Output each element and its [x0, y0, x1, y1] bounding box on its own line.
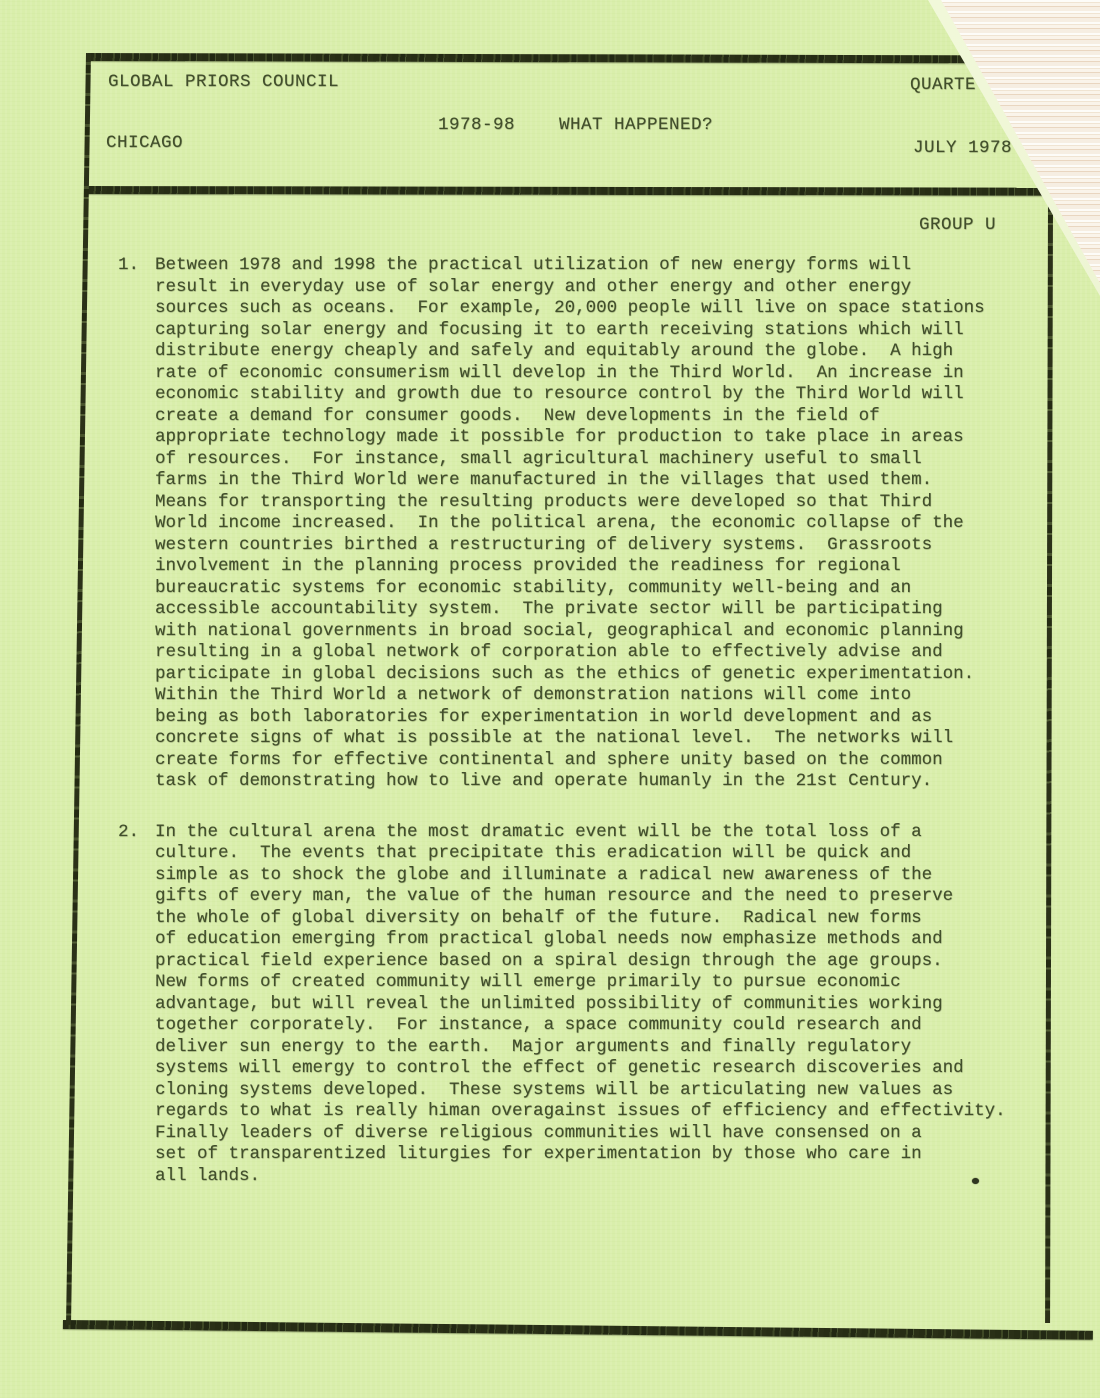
- paragraph-2-number: 2.: [118, 822, 155, 844]
- paragraph-2: 2. In the cultural arena the most dramat…: [118, 822, 1048, 1188]
- paragraph-1-number: 1.: [118, 255, 155, 277]
- paragraph-1: 1. Between 1978 and 1998 the practical u…: [118, 255, 1048, 793]
- document-body: 1. Between 1978 and 1998 the practical u…: [118, 255, 1048, 1187]
- header-date: JULY 1978: [913, 138, 1012, 160]
- top-rule: [88, 53, 1040, 63]
- ink-speck: [972, 1178, 979, 1184]
- paragraph-1-text: Between 1978 and 1998 the practical util…: [155, 255, 1048, 793]
- paragraph-2-text: In the cultural arena the most dramatic …: [155, 822, 1048, 1188]
- left-border: [66, 53, 91, 1325]
- header-title: 1978-98 WHAT HAPPENED?: [438, 115, 713, 137]
- header-city: CHICAGO: [106, 133, 183, 155]
- group-label: GROUP U: [919, 215, 996, 237]
- header-org: GLOBAL PRIORS COUNCIL: [108, 72, 339, 94]
- header-quarterly-clipped: QUARTE: [910, 75, 976, 97]
- mid-rule: [88, 186, 1052, 196]
- bottom-rule: [63, 1320, 1093, 1340]
